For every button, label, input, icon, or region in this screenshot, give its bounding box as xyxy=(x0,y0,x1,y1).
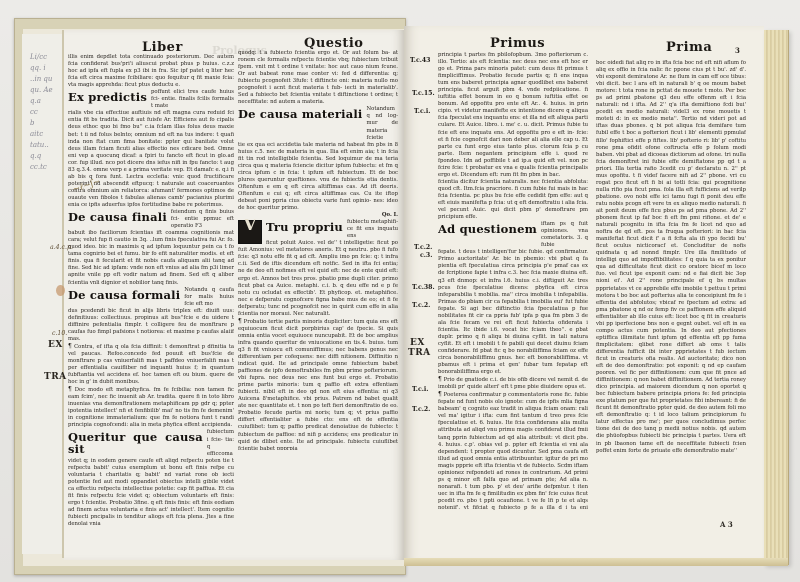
margin-reference: T.c.2. xyxy=(414,244,432,251)
paragraph: fepate. t deus t intelligen'fur bic fubi… xyxy=(438,249,588,376)
paragraph: boc oidedi fiat aliq ro in ifta fcia boc… xyxy=(596,60,746,455)
heading-tail: fubiectum i fcie- tia: q efficcoma xyxy=(207,429,234,457)
margin-reference: T.c.15. xyxy=(412,90,435,97)
section-heading: De causa finali xyxy=(68,211,167,223)
manuscript-note: cc.tc xyxy=(30,162,64,173)
section-heading: Queritur que causa sit xyxy=(68,431,203,455)
text-column-4: boc oidedi fiat aliq ro in ifta fcia boc… xyxy=(596,60,746,504)
section-heading: De causa formali xyxy=(68,289,180,301)
paragraph: Contra, ef ifta q ola fcia diffinit: t d… xyxy=(68,344,234,385)
signature-mark: A 3 xyxy=(720,520,733,529)
right-page: Primus Prima 3 T.c.43 T.c.15. T.c.i. T.c… xyxy=(404,26,764,562)
paragraph: babuit ibo faciliorum fcientias ift coam… xyxy=(68,230,234,286)
pilcrow-icon: ¶ xyxy=(68,343,72,350)
margin-reference: T.c.2. xyxy=(412,406,430,413)
heading-tail: poffunt elici tres caufe huius fci- enti… xyxy=(151,89,234,110)
manuscript-note: cc xyxy=(30,107,64,118)
running-head-left: Primus xyxy=(490,36,545,51)
folio-number: 3 xyxy=(735,46,740,55)
text-column-1: illis enim depdlet tota continuado poste… xyxy=(68,54,234,554)
section-heading: Tru propriu xyxy=(266,221,343,233)
heading-tail: iftam ps q fuit opiniones. vna cometator… xyxy=(541,221,588,249)
heading-tail: Notandum q nd log- mur de materia fcieti… xyxy=(367,106,398,141)
paragraph: quodq: t a fubiecto fcientia ergo et. Or… xyxy=(238,50,398,106)
pilcrow-icon: ¶ xyxy=(438,376,442,383)
paragraph: Doc modo eft metaphyfica. fm fe fcibilia… xyxy=(68,387,234,428)
pilcrow-icon: ¶ xyxy=(68,386,72,393)
margin-note-ex: EX xyxy=(410,338,425,348)
section-heading: De causa materiali xyxy=(238,108,363,120)
running-head-right: Questio xyxy=(304,36,363,51)
manuscript-note: tatu.. xyxy=(30,140,64,151)
margin-reference: a.4.c.p. xyxy=(50,244,73,251)
manuscript-note: ..in qu xyxy=(30,74,64,85)
paragraph: videt q; in eodem genere caufe eft aliqd… xyxy=(68,458,234,528)
paragraph: Poeterea confirmatur p commentatoris ron… xyxy=(438,392,588,512)
paragraph: principia t partes fm pbilofopbum. 3mo p… xyxy=(438,52,588,179)
manuscript-note: b xyxy=(30,118,64,129)
running-head-left: Liber xyxy=(142,40,183,55)
margin-note-ex: EX xyxy=(48,340,63,350)
manuscript-note: q.a xyxy=(30,96,64,107)
manuscript-note: aitc xyxy=(30,129,64,140)
paragraph: Prio de gnatiode c.i. de bis ofib dicere… xyxy=(438,377,588,390)
pilcrow-icon: ¶ xyxy=(438,391,442,398)
margin-reference: T.c.38. xyxy=(412,284,435,291)
section-heading: Ad questionem xyxy=(438,223,537,235)
heading-tail: fubiectu metaphifi- ce fit ens inquatu e… xyxy=(347,219,398,240)
text-column-3: principia t partes fm pbilofopbum. 3mo p… xyxy=(438,52,588,512)
photo-background: Li/cc qq. i ..in qu qu. Ae q.a cc b aitc… xyxy=(0,0,800,582)
margin-reference: c.3. xyxy=(420,252,432,259)
paragraph: ficut poluit Auice. vel de'' t intellige… xyxy=(238,240,398,318)
margin-reference: T.c.2. xyxy=(412,302,430,309)
running-head-right: Prima xyxy=(666,40,712,55)
heading-tail: feiendum q finis buius fci- entie ppmuc … xyxy=(171,209,234,230)
manuscript-note: qq. i xyxy=(30,63,64,74)
page-edges xyxy=(764,30,789,565)
paragraph: fcientia dicitur fcientia naturalis. nec… xyxy=(438,179,588,221)
decorated-initial: V xyxy=(238,220,262,244)
initial-letter: V xyxy=(239,222,261,229)
manuscript-note: q.q xyxy=(30,151,64,162)
manuscript-note: qu. Ae xyxy=(30,85,64,96)
paragraph: dus pcedendi bic ficut in alijs libris t… xyxy=(68,308,234,343)
pilcrow-icon: ¶ xyxy=(238,318,242,325)
paragraph: rialis vbe cia effectiue auftiuis nd eft… xyxy=(68,110,234,209)
margin-reference: T.c.i. xyxy=(414,108,430,115)
left-page: Prologus Liber Questio illis enim depdle… xyxy=(64,30,404,560)
question-label: Qo. I. xyxy=(238,212,398,219)
paragraph: tie ex qua eci accidetia tale materia nd… xyxy=(238,142,398,212)
margin-reference: c.10. xyxy=(52,330,67,337)
manuscript-note: Li/cc xyxy=(30,52,64,63)
margin-reference: T.c.43 xyxy=(410,57,431,64)
foxing-stain xyxy=(56,285,65,296)
margin-note-tra: TRA xyxy=(44,372,67,382)
text-column-2: quodq: t a fubiecto fcientia ergo et. Or… xyxy=(238,50,398,450)
manuscript-notes: Li/cc qq. i ..in qu qu. Ae q.a cc b aitc… xyxy=(30,52,64,173)
paragraph: illis enim depdlet tota continuado poste… xyxy=(68,54,234,89)
paragraph: Probatio tertie partis minoris duplicite… xyxy=(238,319,398,450)
margin-note-tra: TRA xyxy=(408,348,431,358)
margin-reference: T.c.i. xyxy=(412,386,428,393)
heading-tail: Notandu q caufa for malis huius fcie eft… xyxy=(184,287,234,308)
section-heading: Ex predictis xyxy=(68,91,147,103)
page-edges-bottom xyxy=(404,558,788,566)
